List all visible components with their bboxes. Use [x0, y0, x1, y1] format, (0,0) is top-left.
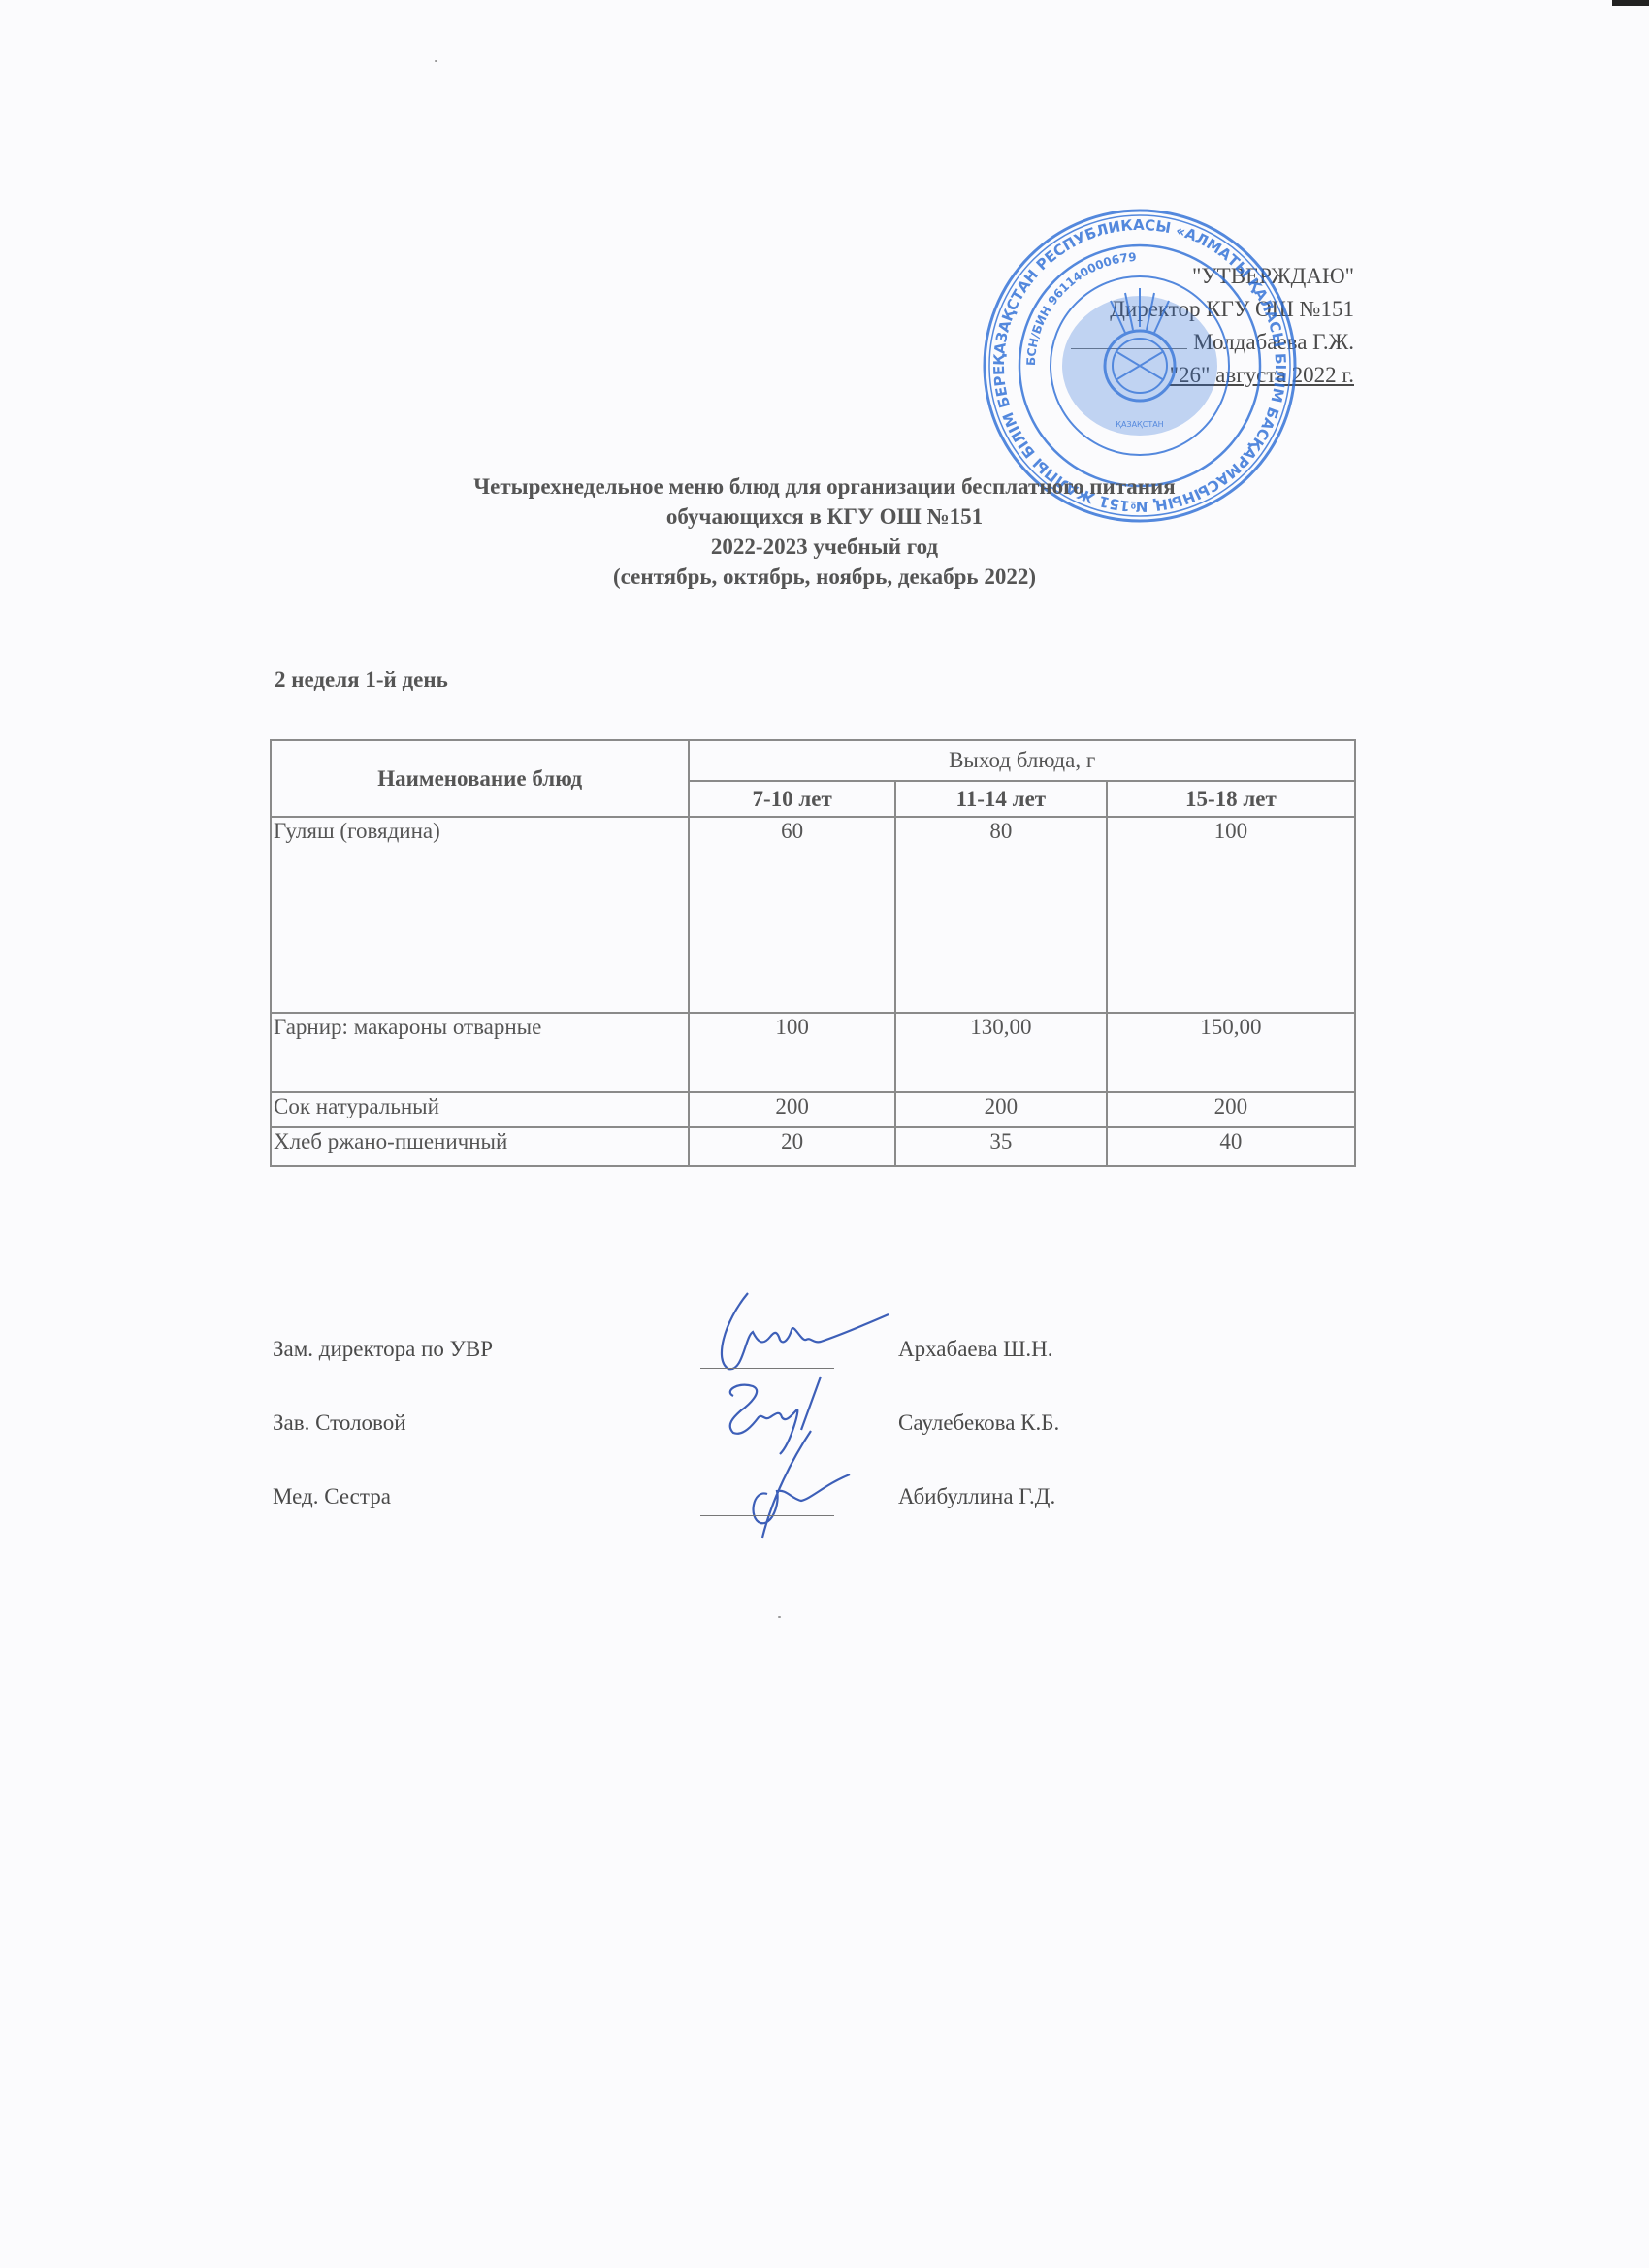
yield-value: 200	[689, 1092, 894, 1127]
director-name: Молдабаева Г.Ж.	[1193, 330, 1354, 354]
yield-value: 150,00	[1107, 1013, 1355, 1092]
svg-text:ҚАЗАҚСТАН: ҚАЗАҚСТАН	[1115, 420, 1163, 429]
header-dish-name: Наименование блюд	[271, 740, 689, 817]
yield-value: 80	[895, 817, 1107, 1013]
yield-value: 20	[689, 1127, 894, 1166]
handwritten-signature-icon	[656, 1431, 889, 1538]
table-row: Гарнир: макароны отварные 100 130,00 150…	[271, 1013, 1355, 1092]
header-age-15-18: 15-18 лет	[1107, 781, 1355, 817]
dish-name: Сок натуральный	[271, 1092, 689, 1127]
header-age-11-14: 11-14 лет	[895, 781, 1107, 817]
approval-name: Молдабаева Г.Ж.	[999, 326, 1354, 359]
yield-value: 100	[689, 1013, 894, 1092]
yield-value: 130,00	[895, 1013, 1107, 1092]
approval-block: "УТВЕРЖДАЮ" Директор КГУ ОШ №151 Молдаба…	[999, 260, 1354, 392]
yield-value: 60	[689, 817, 894, 1013]
dish-name: Хлеб ржано-пшеничный	[271, 1127, 689, 1166]
yield-value: 200	[895, 1092, 1107, 1127]
document-title: Четырехнедельное меню блюд для организац…	[242, 471, 1406, 592]
yield-value: 35	[895, 1127, 1107, 1166]
title-line-1: Четырехнедельное меню блюд для организац…	[242, 471, 1406, 502]
signatory-name: Саулебекова К.Б.	[898, 1410, 1059, 1436]
title-line-3: 2022-2023 учебный год	[242, 532, 1406, 562]
scan-speck	[778, 1616, 781, 1618]
approval-date: "26" августа 2022 г.	[999, 359, 1354, 392]
title-line-4: (сентябрь, октябрь, ноябрь, декабрь 2022…	[242, 562, 1406, 592]
signatory-role: Мед. Сестра	[273, 1484, 391, 1509]
approval-position: Директор КГУ ОШ №151	[999, 293, 1354, 326]
approval-heading: "УТВЕРЖДАЮ"	[999, 260, 1354, 293]
dish-name: Гарнир: макароны отварные	[271, 1013, 689, 1092]
menu-table: Наименование блюд Выход блюда, г 7-10 ле…	[270, 739, 1356, 1167]
table-row: Сок натуральный 200 200 200	[271, 1092, 1355, 1127]
scan-edge-mark	[1612, 0, 1649, 6]
table-row: Гуляш (говядина) 60 80 100	[271, 817, 1355, 1013]
title-line-2: обучающихся в КГУ ОШ №151	[242, 502, 1406, 532]
yield-value: 40	[1107, 1127, 1355, 1166]
signatory-role: Зам. директора по УВР	[273, 1337, 493, 1362]
dish-name: Гуляш (говядина)	[271, 817, 689, 1013]
signatory-name: Архабаева Ш.Н.	[898, 1337, 1052, 1362]
scan-speck	[435, 60, 437, 62]
signature-row: Мед. Сестра Абибуллина Г.Д.	[273, 1484, 1146, 1523]
table-row: Хлеб ржано-пшеничный 20 35 40	[271, 1127, 1355, 1166]
signatory-name: Абибуллина Г.Д.	[898, 1484, 1055, 1509]
yield-value: 100	[1107, 817, 1355, 1013]
signature-line	[700, 1515, 834, 1516]
day-label: 2 неделя 1-й день	[275, 667, 448, 693]
header-yield: Выход блюда, г	[689, 740, 1355, 781]
yield-value: 200	[1107, 1092, 1355, 1127]
header-age-7-10: 7-10 лет	[689, 781, 894, 817]
signatory-role: Зав. Столовой	[273, 1410, 406, 1436]
